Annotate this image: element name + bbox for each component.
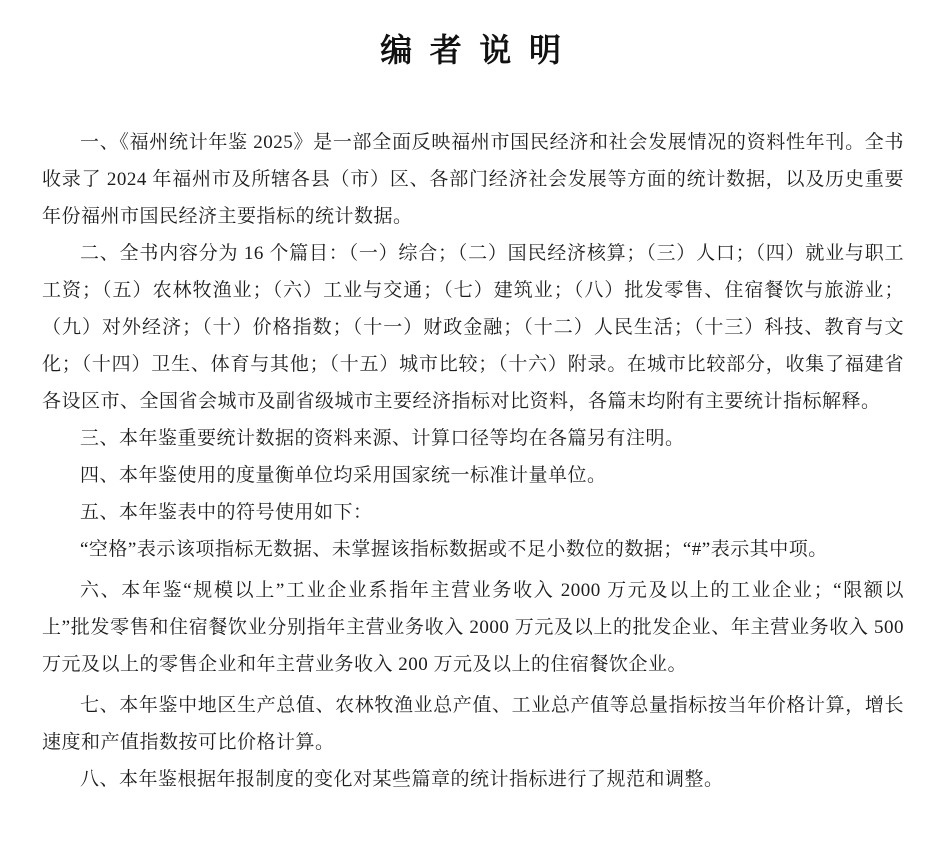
paragraph-2: 二、全书内容分为 16 个篇目：（一）综合；（二）国民经济核算；（三）人口；（四… (42, 235, 904, 420)
page-title: 编 者 说 明 (42, 26, 904, 74)
paragraph-4: 四、本年鉴使用的度量衡单位均采用国家统一标准计量单位。 (42, 457, 904, 494)
paragraph-9: 八、本年鉴根据年报制度的变化对某些篇章的统计指标进行了规范和调整。 (42, 761, 904, 798)
paragraph-8: 七、本年鉴中地区生产总值、农林牧渔业总产值、工业总产值等总量指标按当年价格计算，… (42, 687, 904, 761)
document-body: 一、《福州统计年鉴 2025》是一部全面反映福州市国民经济和社会发展情况的资料性… (42, 124, 904, 798)
document-page: 编 者 说 明 一、《福州统计年鉴 2025》是一部全面反映福州市国民经济和社会… (0, 0, 950, 845)
paragraph-5: 五、本年鉴表中的符号使用如下： (42, 494, 904, 531)
paragraph-1: 一、《福州统计年鉴 2025》是一部全面反映福州市国民经济和社会发展情况的资料性… (42, 124, 904, 235)
paragraph-3: 三、本年鉴重要统计数据的资料来源、计算口径等均在各篇另有注明。 (42, 420, 904, 457)
paragraph-7: 六、本年鉴“规模以上”工业企业系指年主营业务收入 2000 万元及以上的工业企业… (42, 572, 904, 683)
paragraph-6-symbols-note: “空格”表示该项指标无数据、未掌握该指标数据或不足小数位的数据；“#”表示其中项… (42, 531, 904, 568)
